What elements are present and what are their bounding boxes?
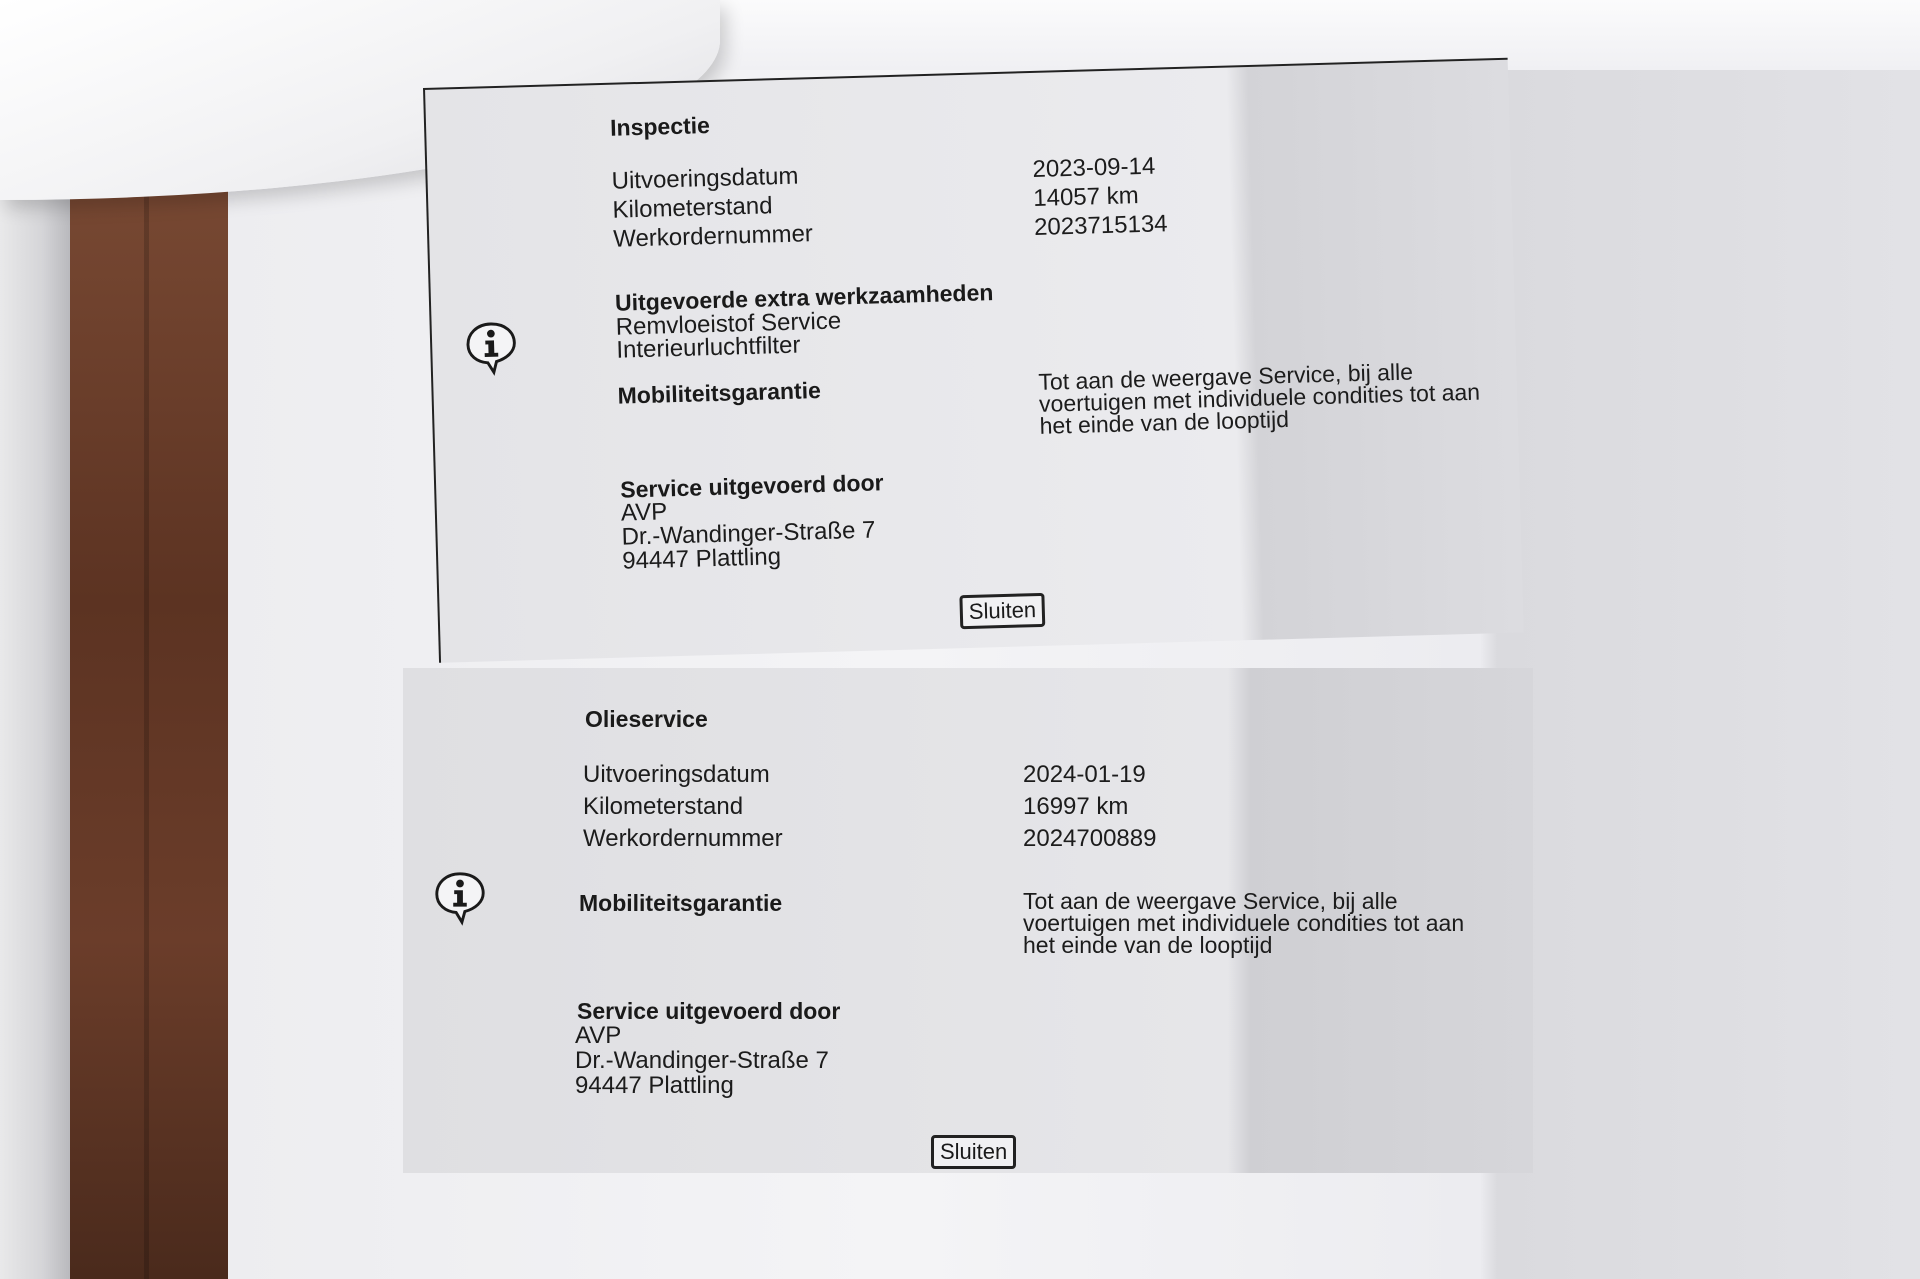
service-record-inspectie: Inspectie Uitvoeringsdatum 2023-09-14 Ki… xyxy=(423,58,1524,663)
field-value-workorder: 2024700889 xyxy=(1023,825,1156,853)
desk-edge xyxy=(0,190,70,1279)
mobility-text: Tot aan de weergave Service, bij alle vo… xyxy=(1038,358,1490,437)
field-label-workorder: Werkordernummer xyxy=(613,220,813,254)
extra-work-item: Interieurluchtfilter xyxy=(616,332,801,365)
info-speech-bubble-icon xyxy=(461,317,521,377)
field-label-mileage: Kilometerstand xyxy=(612,192,773,224)
field-label-mileage: Kilometerstand xyxy=(583,793,743,821)
mobility-text: Tot aan de weergave Service, bij alle vo… xyxy=(1023,890,1473,956)
field-value-date: 2023-09-14 xyxy=(1032,153,1155,184)
field-label-date: Uitvoeringsdatum xyxy=(583,761,770,789)
record-title: Olieservice xyxy=(585,706,708,733)
field-value-mileage: 16997 km xyxy=(1023,793,1128,821)
close-button[interactable]: Sluiten xyxy=(931,1135,1016,1169)
record-title: Inspectie xyxy=(610,112,710,142)
close-button[interactable]: Sluiten xyxy=(959,593,1045,629)
performed-by-street: Dr.-Wandinger-Straße 7 xyxy=(575,1047,829,1075)
field-label-workorder: Werkordernummer xyxy=(583,825,783,853)
mobility-label: Mobiliteitsgarantie xyxy=(579,890,782,917)
field-label-date: Uitvoeringsdatum xyxy=(611,163,798,196)
performed-by-label: Service uitgevoerd door xyxy=(577,998,840,1025)
field-value-workorder: 2023715134 xyxy=(1034,210,1168,242)
performed-by-name: AVP xyxy=(575,1022,621,1050)
mobility-label: Mobiliteitsgarantie xyxy=(617,377,821,410)
service-record-olieservice: Olieservice Uitvoeringsdatum 2024-01-19 … xyxy=(403,668,1533,1173)
performed-by-city: 94447 Plattling xyxy=(622,543,782,575)
field-value-mileage: 14057 km xyxy=(1033,182,1139,213)
performed-by-city: 94447 Plattling xyxy=(575,1072,734,1100)
field-value-date: 2024-01-19 xyxy=(1023,761,1146,789)
info-speech-bubble-icon xyxy=(431,868,489,926)
